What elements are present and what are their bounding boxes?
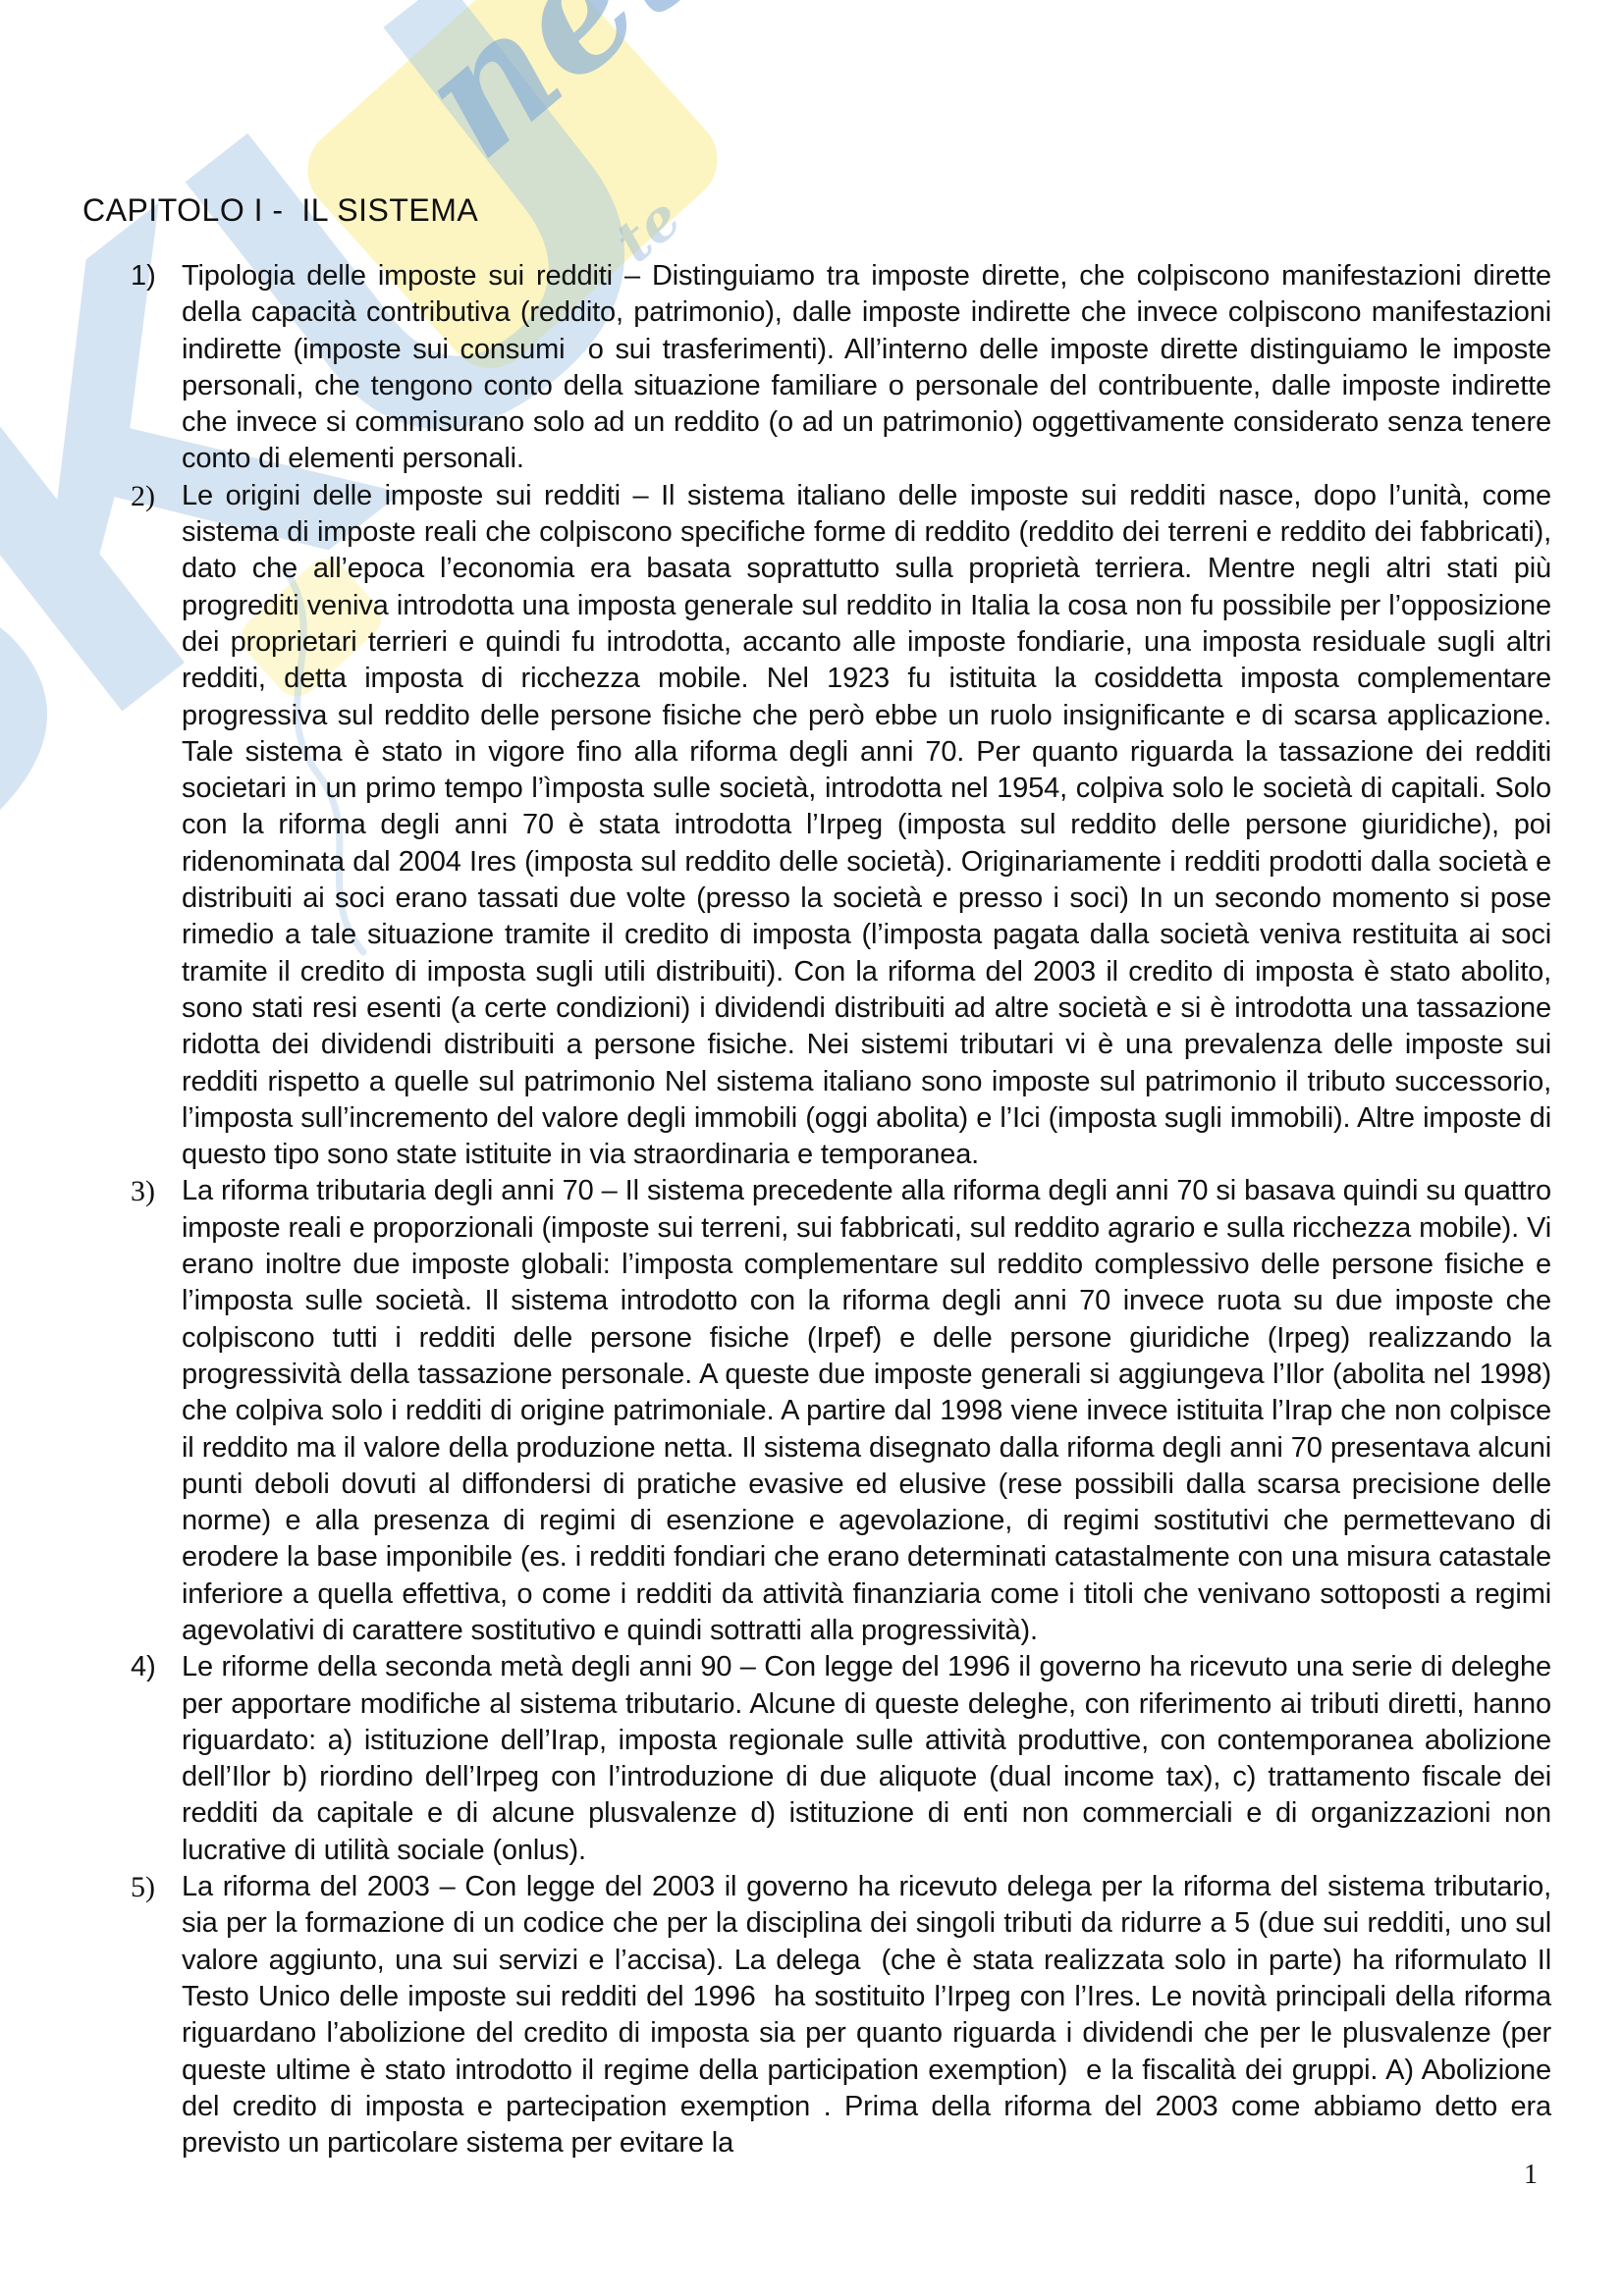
list-item-text: La riforma del 2003 – Con legge del 2003… [182,1869,1551,2162]
chapter-title: CAPITOLO I - IL SISTEMA [82,192,1551,229]
list-item: 5) La riforma del 2003 – Con legge del 2… [119,1869,1551,2162]
document-page: SKU net te CAPITOLO I - IL SISTEMA 1) Ti… [0,0,1623,2296]
list-item: 1) Tipologia delle imposte sui redditi –… [119,258,1551,478]
list-item-marker: 5) [119,1869,182,1905]
page-number: 1 [1524,2160,1538,2191]
list-item-text: La riforma tributaria degli anni 70 – Il… [182,1173,1551,1649]
list-item-text: Tipologia delle imposte sui redditi – Di… [182,258,1551,478]
watermark-net-script: net [393,0,737,183]
list-item-marker: 3) [119,1173,182,1209]
list-item-text: Le riforme della seconda metà degli anni… [182,1649,1551,1869]
list-item-text: Le origini delle imposte sui redditi – I… [182,478,1551,1174]
list-item-marker: 1) [119,258,182,294]
list-item: 2) Le origini delle imposte sui redditi … [119,478,1551,1174]
list-item: 3) La riforma tributaria degli anni 70 –… [119,1173,1551,1649]
list-item: 4) Le riforme della seconda metà degli a… [119,1649,1551,1869]
list-item-marker: 2) [119,478,182,514]
numbered-list: 1) Tipologia delle imposte sui redditi –… [119,258,1551,2162]
list-item-marker: 4) [119,1649,182,1685]
